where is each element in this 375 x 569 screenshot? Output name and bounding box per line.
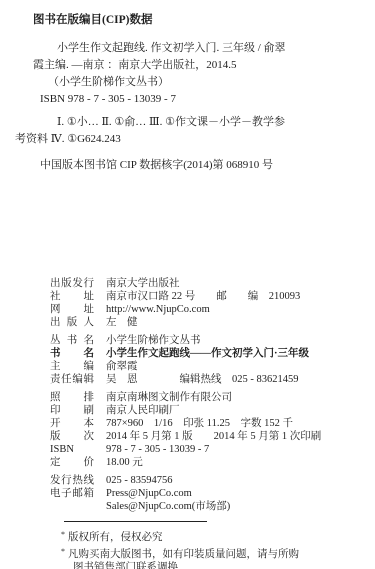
row-value: 左 健 bbox=[106, 317, 138, 328]
cip-description-line-1: 小学生作文起跑线. 作文初学入门. 三年级 / 俞翠 bbox=[33, 40, 357, 57]
row-isbn: ISBN978 - 7 - 305 - 13039 - 7 bbox=[50, 443, 357, 456]
row-value: 025 - 83594756 bbox=[106, 475, 173, 486]
row-format: 开本787×960 1/16 印张 11.25 字数 152 千 bbox=[50, 417, 357, 430]
row-value: Sales@NjupCo.com(市场部) bbox=[106, 501, 230, 512]
row-value: 俞翠霞 bbox=[106, 361, 138, 372]
footnote-text: 版权所有，侵权必究 bbox=[68, 532, 163, 543]
row-label: 定价 bbox=[50, 456, 94, 469]
printing-info-group: 照排南京南琳图文制作有限公司 印刷南京人民印刷厂 开本787×960 1/16 … bbox=[50, 391, 357, 469]
row-address: 社址南京市汉口路 22 号 邮 编 210093 bbox=[50, 290, 357, 303]
row-managing-editor: 责任编辑吴 恩 编辑热线 025 - 83621459 bbox=[50, 373, 357, 386]
cip-series-note: （小学生阶梯作文丛书） bbox=[33, 74, 357, 91]
row-label: 印刷 bbox=[50, 404, 94, 417]
contact-info-group: 发行热线025 - 83594756 电子邮箱Press@NjupCo.com … bbox=[50, 474, 357, 513]
row-label: 版次 bbox=[50, 430, 94, 443]
row-email-2: Sales@NjupCo.com(市场部) bbox=[50, 500, 357, 513]
cip-description-line-2: 霞主编. —南京 ：南京大学出版社，2014.5 bbox=[33, 57, 357, 74]
row-value: http://www.NjupCo.com bbox=[106, 304, 210, 315]
row-printing: 印刷南京人民印刷厂 bbox=[50, 404, 357, 417]
footnotes: *版权所有，侵权必究 *凡购买南大版图书，如有印装质量问题，请与所购 图书销售部… bbox=[61, 528, 357, 569]
row-label: 出版发行 bbox=[50, 277, 94, 290]
row-label: 书名 bbox=[50, 347, 94, 360]
publisher-info-group: 出版发行南京大学出版社 社址南京市汉口路 22 号 邮 编 210093 网址h… bbox=[50, 277, 357, 329]
row-value: 南京市汉口路 22 号 邮 编 210093 bbox=[106, 291, 300, 302]
row-label: 社址 bbox=[50, 290, 94, 303]
row-edition: 版次2014 年 5 月第 1 版 2014 年 5 月第 1 次印刷 bbox=[50, 430, 357, 443]
copyright-page: 图书在版编目(CIP)数据 小学生作文起跑线. 作文初学入门. 三年级 / 俞翠… bbox=[0, 0, 375, 569]
row-value: 南京人民印刷厂 bbox=[106, 405, 180, 416]
row-value: 小学生作文起跑线——作文初学入门·三年级 bbox=[106, 348, 309, 359]
footnote-text: 凡购买南大版图书，如有印装质量问题，请与所购 bbox=[68, 549, 299, 560]
row-label: 丛书名 bbox=[50, 334, 94, 347]
asterisk-marker: * bbox=[61, 530, 65, 539]
row-book-title: 书名小学生作文起跑线——作文初学入门·三年级 bbox=[50, 347, 357, 360]
row-value: 2014 年 5 月第 1 版 2014 年 5 月第 1 次印刷 bbox=[106, 431, 321, 442]
row-label: 责任编辑 bbox=[50, 373, 94, 386]
row-publisher: 出版发行南京大学出版社 bbox=[50, 277, 357, 290]
row-label: 照排 bbox=[50, 391, 94, 404]
row-price: 定价18.00 元 bbox=[50, 456, 357, 469]
cip-isbn: ISBN 978 - 7 - 305 - 13039 - 7 bbox=[33, 91, 357, 108]
row-label: 主编 bbox=[50, 360, 94, 373]
row-value: 南京南琳图文制作有限公司 bbox=[106, 392, 232, 403]
cip-classification: Ⅰ. ①小… Ⅱ. ①俞… Ⅲ. ①作文课－小学－教学参 考资料 Ⅳ. ①G62… bbox=[33, 114, 357, 148]
cip-classification-line-1: Ⅰ. ①小… Ⅱ. ①俞… Ⅲ. ①作文课－小学－教学参 bbox=[33, 114, 357, 131]
row-value: Press@NjupCo.com bbox=[106, 488, 192, 499]
row-website: 网址http://www.NjupCo.com bbox=[50, 303, 357, 316]
row-typesetting: 照排南京南琳图文制作有限公司 bbox=[50, 391, 357, 404]
footnote-quality-continued: 图书销售部门联系调换 bbox=[61, 561, 357, 569]
cip-heading: 图书在版编目(CIP)数据 bbox=[33, 12, 357, 28]
row-value: 18.00 元 bbox=[106, 457, 143, 468]
row-label: ISBN bbox=[50, 443, 94, 456]
footnote-copyright: *版权所有，侵权必究 bbox=[61, 528, 357, 545]
cip-description: 小学生作文起跑线. 作文初学入门. 三年级 / 俞翠 霞主编. —南京 ：南京大… bbox=[33, 40, 357, 108]
cip-registry-number: 中国版本图书馆 CIP 数据核字(2014)第 068910 号 bbox=[40, 157, 357, 174]
row-label: 发行热线 bbox=[50, 474, 94, 487]
row-chief-editor: 主编俞翠霞 bbox=[50, 360, 357, 373]
row-value: 南京大学出版社 bbox=[106, 278, 180, 289]
row-label: 电子邮箱 bbox=[50, 487, 94, 500]
row-label: 开本 bbox=[50, 417, 94, 430]
row-value: 吴 恩 编辑热线 025 - 83621459 bbox=[106, 374, 299, 385]
divider bbox=[64, 521, 207, 522]
colophon-table: 出版发行南京大学出版社 社址南京市汉口路 22 号 邮 编 210093 网址h… bbox=[50, 277, 357, 569]
row-label: 网址 bbox=[50, 303, 94, 316]
row-value: 978 - 7 - 305 - 13039 - 7 bbox=[106, 444, 209, 455]
cip-classification-line-2: 考资料 Ⅳ. ①G624.243 bbox=[15, 131, 357, 148]
row-series-title: 丛书名小学生阶梯作文丛书 bbox=[50, 334, 357, 347]
row-value: 小学生阶梯作文丛书 bbox=[106, 335, 201, 346]
row-email: 电子邮箱Press@NjupCo.com bbox=[50, 487, 357, 500]
row-publisher-person: 出版人左 健 bbox=[50, 316, 357, 329]
footnote-quality: *凡购买南大版图书，如有印装质量问题，请与所购 bbox=[61, 545, 357, 562]
book-info-group: 丛书名小学生阶梯作文丛书 书名小学生作文起跑线——作文初学入门·三年级 主编俞翠… bbox=[50, 334, 357, 386]
asterisk-marker: * bbox=[61, 547, 65, 556]
row-sales-hotline: 发行热线025 - 83594756 bbox=[50, 474, 357, 487]
row-value: 787×960 1/16 印张 11.25 字数 152 千 bbox=[106, 418, 293, 429]
row-label: 出版人 bbox=[50, 316, 94, 329]
